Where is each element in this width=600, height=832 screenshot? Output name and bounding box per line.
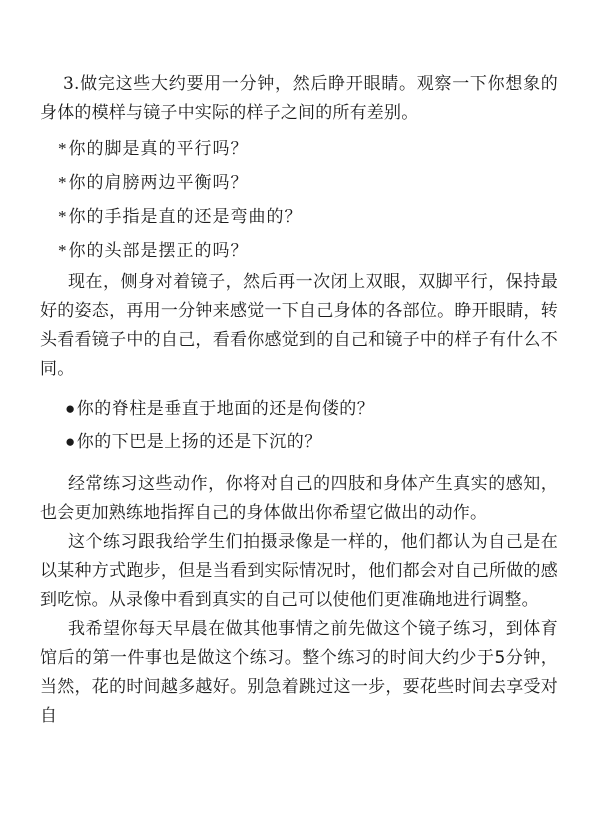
paragraph-mirror-side: 现在，侧身对着镜子，然后再一次闭上双眼，双脚平行，保持最好的姿态，再用一分钟来感… <box>40 268 558 384</box>
paragraph-step3: 3.做完这些大约要用一分钟，然后睁开眼睛。观察一下你想象的身体的模样与镜子中实际… <box>40 70 558 128</box>
paragraph-video-comparison: 这个练习跟我给学生们拍摄录像是一样的，他们都认为自己是在以某种方式跑步，但是当看… <box>40 528 558 615</box>
asterisk-marker: * <box>58 173 68 192</box>
paragraph-daily-routine: 我希望你每天早晨在做其他事情之前先做这个镜子练习，到体育馆后的第一件事也是做这个… <box>40 615 558 731</box>
paragraph-practice-often: 经常练习这些动作，你将对自己的四肢和身体产生真实的感知，也会更加熟练地指挥自己的… <box>40 470 558 528</box>
question-text: 你的手指是直的还是弯曲的？ <box>69 207 303 226</box>
document-page: 3.做完这些大约要用一分钟，然后睁开眼睛。观察一下你想象的身体的模样与镜子中实际… <box>0 0 600 832</box>
question-text: 你的头部是摆正的吗？ <box>69 241 249 260</box>
star-question-list: *你的脚是真的平行吗？ *你的肩膀两边平衡吗？ *你的手指是直的还是弯曲的？ *… <box>58 132 558 268</box>
question-text: 你的脚是真的平行吗？ <box>69 139 249 158</box>
bullet-dot-icon: ● <box>65 432 76 451</box>
question-text: 你的脊柱是垂直于地面的还是佝偻的？ <box>77 399 375 418</box>
question-text: 你的下巴是上扬的还是下沉的？ <box>77 432 322 451</box>
list-item: *你的脚是真的平行吗？ <box>58 132 558 166</box>
list-item: ●你的脊柱是垂直于地面的还是佝偻的？ <box>65 392 558 425</box>
list-item: *你的手指是直的还是弯曲的？ <box>58 200 558 234</box>
asterisk-marker: * <box>58 241 68 260</box>
question-text: 你的肩膀两边平衡吗？ <box>69 173 249 192</box>
list-item: *你的头部是摆正的吗？ <box>58 234 558 268</box>
asterisk-marker: * <box>58 139 68 158</box>
list-item: *你的肩膀两边平衡吗？ <box>58 166 558 200</box>
dot-question-list: ●你的脊柱是垂直于地面的还是佝偻的？ ●你的下巴是上扬的还是下沉的？ <box>65 392 558 458</box>
page-content: 3.做完这些大约要用一分钟，然后睁开眼睛。观察一下你想象的身体的模样与镜子中实际… <box>40 70 558 731</box>
list-item: ●你的下巴是上扬的还是下沉的？ <box>65 425 558 458</box>
bullet-dot-icon: ● <box>65 399 76 418</box>
asterisk-marker: * <box>58 207 68 226</box>
